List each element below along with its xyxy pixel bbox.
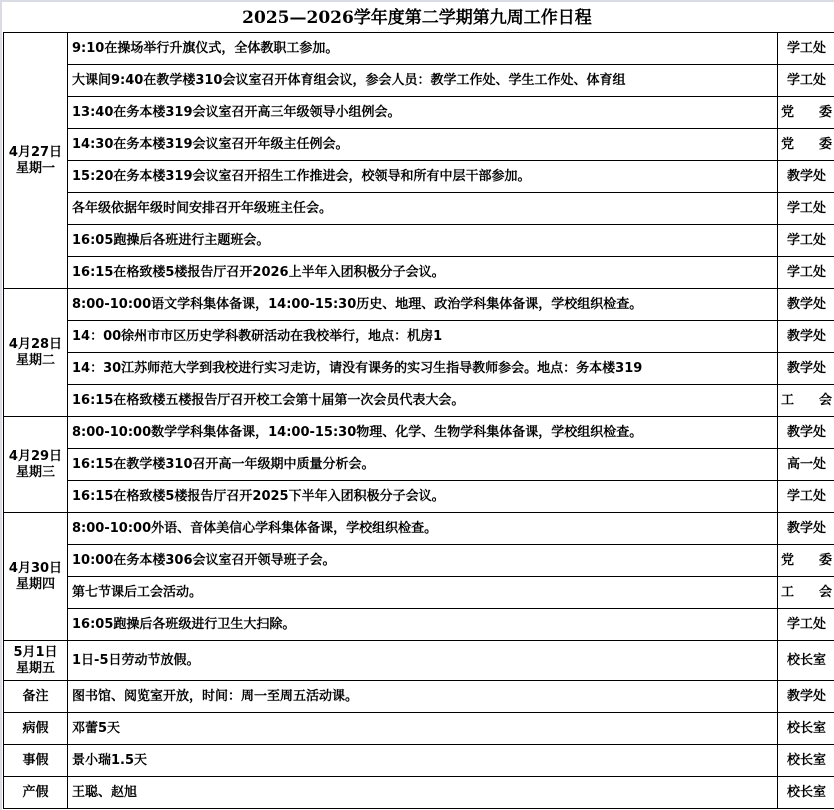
dept-cell[interactable]: 工 会 [778,577,834,609]
content-cell[interactable]: 16:15在格致楼五楼报告厅召开校工会第十届第一次会员代表大会。 [68,385,778,417]
table-row: 16:05跑操后各班进行主题班会。 学工处 [4,225,834,257]
content-cell[interactable]: 16:05跑操后各班进行主题班会。 [68,225,778,257]
table-row: 16:15在格致楼5楼报告厅召开2025下半年入团积极分子会议。 学工处 [4,481,834,513]
table-row: 14：30江苏师范大学到我校进行实习走访，请没有课务的实习生指导教师参会。地点：… [4,353,834,385]
dept-cell[interactable]: 学工处 [778,481,834,513]
table-row: 4月27日 星期一 9:10在操场举行升旗仪式，全体教职工参加。 学工处 [4,33,834,65]
dept-cell[interactable]: 工 会 [778,385,834,417]
content-cell[interactable]: 8:00-10:00数学学科集体备课，14:00-15:30物理、化学、生物学科… [68,417,778,449]
content-cell[interactable]: 第七节课后工会活动。 [68,577,778,609]
table-row: 产假 王聪、赵旭 校长室 [4,777,834,809]
date-cell[interactable]: 4月29日 星期三 [4,417,68,513]
date-cell[interactable]: 4月27日 星期一 [4,33,68,289]
date-label: 4月29日 [4,449,67,465]
weekday-label: 星期五 [4,661,67,677]
note-label-cell[interactable]: 备注 [4,681,68,713]
content-cell[interactable]: 10:00在务本楼306会议室召开领导班子会。 [68,545,778,577]
table-row: 4月28日 星期二 8:00-10:00语文学科集体备课，14:00-15:30… [4,289,834,321]
content-cell[interactable]: 邓蕾5天 [68,713,778,745]
weekday-label: 星期二 [4,353,67,369]
note-label-cell[interactable]: 事假 [4,745,68,777]
dept-cell[interactable]: 校长室 [778,713,834,745]
dept-cell[interactable]: 教学处 [778,321,834,353]
dept-cell[interactable]: 高一处 [778,449,834,481]
content-cell[interactable]: 8:00-10:00外语、音体美信心学科集体备课，学校组织检查。 [68,513,778,545]
dept-cell[interactable]: 教学处 [778,513,834,545]
table-row: 14：00徐州市市区历史学科教研活动在我校举行，地点：机房1 教学处 [4,321,834,353]
table-row: 13:40在务本楼319会议室召开高三年级领导小组例会。 党 委 [4,97,834,129]
schedule-title: 2025—2026学年度第二学期第九周工作日程 [3,2,831,32]
weekday-label: 星期三 [4,465,67,481]
dept-cell[interactable]: 教学处 [778,353,834,385]
content-cell[interactable]: 大课间9:40在教学楼310会议室召开体育组会议，参会人员：教学工作处、学生工作… [68,65,778,97]
dept-cell[interactable]: 学工处 [778,193,834,225]
content-cell[interactable]: 16:15在教学楼310召开高一年级期中质量分析会。 [68,449,778,481]
schedule-table: 4月27日 星期一 9:10在操场举行升旗仪式，全体教职工参加。 学工处 大课间… [3,32,834,809]
dept-cell[interactable]: 党 委 [778,129,834,161]
date-label: 4月27日 [4,145,67,161]
content-cell[interactable]: 16:05跑操后各班级进行卫生大扫除。 [68,609,778,641]
table-row: 16:15在教学楼310召开高一年级期中质量分析会。 高一处 [4,449,834,481]
weekday-label: 星期四 [4,577,67,593]
table-row: 事假 景小瑞1.5天 校长室 [4,745,834,777]
date-cell[interactable]: 5月1日 星期五 [4,641,68,681]
content-cell[interactable]: 16:15在格致楼5楼报告厅召开2026上半年入团积极分子会议。 [68,257,778,289]
date-label: 5月1日 [4,645,67,661]
dept-cell[interactable]: 教学处 [778,289,834,321]
note-label-cell[interactable]: 产假 [4,777,68,809]
content-cell[interactable]: 14:30在务本楼319会议室召开年级主任例会。 [68,129,778,161]
table-row: 第七节课后工会活动。 工 会 [4,577,834,609]
sheet-frame-left [0,0,2,810]
content-cell[interactable]: 13:40在务本楼319会议室召开高三年级领导小组例会。 [68,97,778,129]
date-cell[interactable]: 4月28日 星期二 [4,289,68,417]
content-cell[interactable]: 14：30江苏师范大学到我校进行实习走访，请没有课务的实习生指导教师参会。地点：… [68,353,778,385]
table-row: 16:15在格致楼五楼报告厅召开校工会第十届第一次会员代表大会。 工 会 [4,385,834,417]
table-row: 4月30日 星期四 8:00-10:00外语、音体美信心学科集体备课，学校组织检… [4,513,834,545]
table-row: 14:30在务本楼319会议室召开年级主任例会。 党 委 [4,129,834,161]
weekday-label: 星期一 [4,161,67,177]
date-label: 4月28日 [4,337,67,353]
content-cell[interactable]: 王聪、赵旭 [68,777,778,809]
dept-cell[interactable]: 党 委 [778,97,834,129]
content-cell[interactable]: 16:15在格致楼5楼报告厅召开2025下半年入团积极分子会议。 [68,481,778,513]
content-cell[interactable]: 图书馆、阅览室开放，时间：周一至周五活动课。 [68,681,778,713]
table-row: 大课间9:40在教学楼310会议室召开体育组会议，参会人员：教学工作处、学生工作… [4,65,834,97]
content-cell[interactable]: 15:20在务本楼319会议室召开招生工作推进会，校领导和所有中层干部参加。 [68,161,778,193]
date-label: 4月30日 [4,561,67,577]
content-cell[interactable]: 1日-5日劳动节放假。 [68,641,778,681]
dept-cell[interactable]: 学工处 [778,33,834,65]
table-row: 10:00在务本楼306会议室召开领导班子会。 党 委 [4,545,834,577]
note-label-cell[interactable]: 病假 [4,713,68,745]
table-row: 16:15在格致楼5楼报告厅召开2026上半年入团积极分子会议。 学工处 [4,257,834,289]
dept-cell[interactable]: 学工处 [778,609,834,641]
dept-cell[interactable]: 校长室 [778,745,834,777]
table-row: 病假 邓蕾5天 校长室 [4,713,834,745]
dept-cell[interactable]: 学工处 [778,257,834,289]
content-cell[interactable]: 14：00徐州市市区历史学科教研活动在我校举行，地点：机房1 [68,321,778,353]
dept-cell[interactable]: 学工处 [778,225,834,257]
date-cell[interactable]: 4月30日 星期四 [4,513,68,641]
dept-cell[interactable]: 校长室 [778,641,834,681]
table-row: 备注 图书馆、阅览室开放，时间：周一至周五活动课。 教学处 [4,681,834,713]
dept-cell[interactable]: 党 委 [778,545,834,577]
table-row: 4月29日 星期三 8:00-10:00数学学科集体备课，14:00-15:30… [4,417,834,449]
table-row: 15:20在务本楼319会议室召开招生工作推进会，校领导和所有中层干部参加。 教… [4,161,834,193]
dept-cell[interactable]: 教学处 [778,417,834,449]
content-cell[interactable]: 各年级依据年级时间安排召开年级班主任会。 [68,193,778,225]
dept-cell[interactable]: 学工处 [778,65,834,97]
dept-cell[interactable]: 教学处 [778,681,834,713]
content-cell[interactable]: 景小瑞1.5天 [68,745,778,777]
table-row: 5月1日 星期五 1日-5日劳动节放假。 校长室 [4,641,834,681]
table-row: 16:05跑操后各班级进行卫生大扫除。 学工处 [4,609,834,641]
table-row: 各年级依据年级时间安排召开年级班主任会。 学工处 [4,193,834,225]
content-cell[interactable]: 9:10在操场举行升旗仪式，全体教职工参加。 [68,33,778,65]
content-cell[interactable]: 8:00-10:00语文学科集体备课，14:00-15:30历史、地理、政治学科… [68,289,778,321]
dept-cell[interactable]: 校长室 [778,777,834,809]
dept-cell[interactable]: 教学处 [778,161,834,193]
